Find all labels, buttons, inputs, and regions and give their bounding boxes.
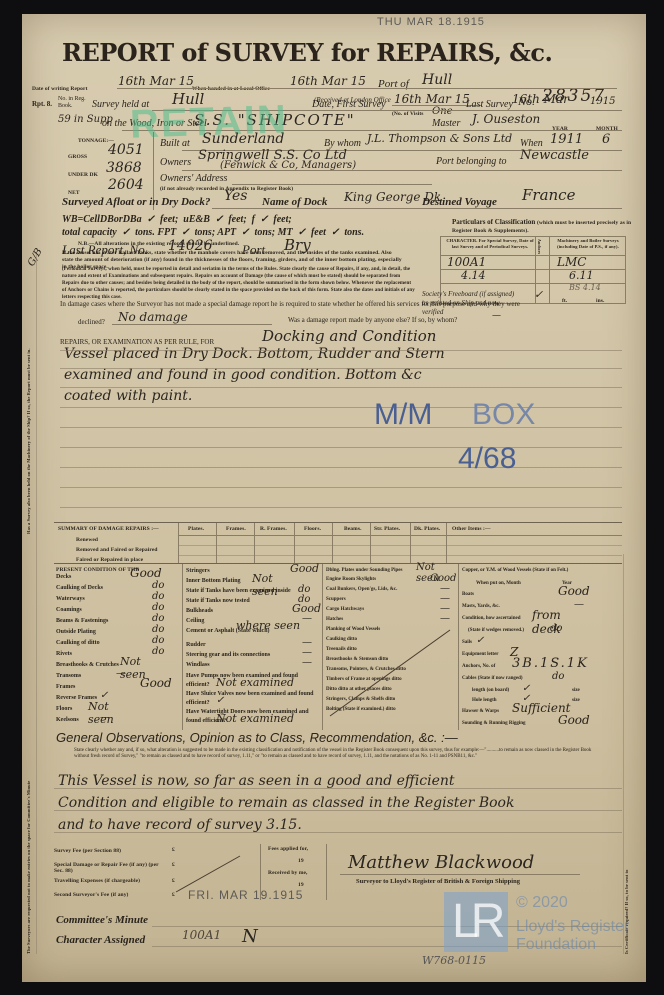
destined-voyage-value: France	[522, 186, 575, 204]
surveyor-signature: Matthew Blackwood	[348, 852, 534, 873]
built-at-value: Sunderland	[202, 131, 284, 147]
other-report-value: —	[492, 311, 501, 321]
dock-name-label: Name of Dock	[262, 196, 327, 208]
writing-date-label: Date of writing Report	[32, 86, 88, 92]
damage-summary-table: SUMMARY OF DAMAGE REPAIRS :— Renewed Rem…	[54, 522, 622, 564]
last-report-port-value: Bry	[284, 236, 311, 254]
gross-label: GROSS	[68, 154, 87, 160]
last-report-no: 14026	[168, 238, 213, 254]
lr-logo: LR	[444, 892, 508, 952]
summary-row: Faired or Repaired in place	[76, 557, 143, 563]
destined-voyage-label: Destined Voyage	[422, 196, 497, 208]
committee-minute-label: Committee's Minute	[56, 914, 148, 926]
left-margin-note-lower: The Surveyors are requested not to make …	[26, 754, 31, 954]
under-deck-label: UNDER DK	[68, 172, 98, 178]
reference-code: W768-0115	[422, 954, 486, 967]
built-at-label: Built at	[160, 138, 190, 149]
box-number-annotation: 4/68	[458, 442, 516, 476]
net-tonnage: 2604	[108, 177, 144, 193]
capacity-line: total capacity ✓ tons. FPT ✓ tons; APT ✓…	[62, 227, 364, 238]
master-label: Master	[432, 118, 460, 129]
declined-label: declined?	[78, 318, 105, 326]
repairs-description: Vessel placed in Dry Dock. Bottom, Rudde…	[64, 344, 624, 407]
reg-book-label: No. in Reg. Book.	[58, 96, 88, 110]
classification-heading: Particulars of Classification (which mus…	[452, 218, 632, 234]
present-condition-section: PRESENT CONDITION OF THE DecksGood Caulk…	[54, 564, 622, 730]
port-belonging-label: Port belonging to	[436, 156, 507, 167]
last-survey-label: Last Survey	[466, 99, 513, 110]
last-report-port-label: Port	[242, 242, 265, 258]
year-built: 1911	[550, 132, 583, 147]
watermark-org-2: Foundation	[516, 936, 596, 954]
wb-line: WB=CellDBorDBa ✓ feet; uE&B ✓ feet; f ✓ …	[62, 214, 292, 225]
class-machinery-3: BS 4.14	[569, 283, 601, 292]
watermark-org-1: Lloyd's Register	[516, 918, 629, 936]
character-assigned-value: 100A1	[182, 928, 221, 942]
damage-question: In damage cases where the Surveyor has n…	[60, 300, 630, 308]
observations-instructions: State clearly whether any and, if so, wh…	[74, 748, 598, 760]
port-of-value: Hull	[422, 72, 452, 88]
last-survey-value: 16th Mar	[512, 92, 569, 106]
class-character-2: 4.14	[461, 269, 486, 282]
last-survey-year: 1915	[590, 96, 615, 107]
character-assigned-label: Character Assigned	[56, 934, 145, 946]
handed-date-value: 16th Mar 15	[290, 74, 366, 88]
other-report-label: Was a damage report made by anyone else?…	[288, 316, 457, 324]
mm-annotation: M/M	[374, 398, 432, 432]
first-survey-label: Date, First Survey	[312, 99, 386, 110]
page-title: REPORT of SURVEY for REPAIRS, &c.	[62, 38, 552, 67]
visits-value: One	[432, 106, 453, 117]
by-whom-value: J.L. Thompson & Sons Ltd	[367, 132, 512, 145]
form-code: Rpt. 8.	[32, 100, 52, 108]
visits-label: (No. of Visits	[392, 111, 424, 117]
owners-label: Owners	[160, 157, 191, 168]
surveyed-dock-label: Surveyed Afloat or in Dry Dock?	[62, 196, 210, 208]
received-stamp: THU MAR 18.1915	[377, 16, 485, 28]
repairs-for-value: Docking and Condition	[262, 327, 436, 345]
writing-date-value: 16th Mar 15	[118, 74, 194, 88]
class-machinery-2: 6.11	[569, 269, 594, 282]
surveyed-dock-value: Yes	[224, 188, 248, 204]
owners-address-label: Owners' Address	[160, 173, 227, 184]
surveyor-caption: Surveyor to Lloyd's Register of British …	[356, 878, 520, 885]
box-annotation: BOX	[472, 398, 535, 432]
report-instructions: (Periodical Surveys, when held, must be …	[62, 266, 416, 301]
fees-date-stamp: FRI. MAR 19.1915	[188, 888, 303, 902]
master-value: J. Ouseston	[472, 112, 540, 126]
under-deck-tonnage: 3868	[106, 160, 142, 176]
watermark-copyright: © 2020	[516, 894, 568, 912]
survey-report-document: Rpt. 8. (Received at London Office THU M…	[22, 14, 646, 982]
summary-row: Renewed	[76, 537, 98, 543]
gross-tonnage: 4051	[108, 142, 144, 158]
month-built: 6	[602, 132, 610, 147]
summary-row: Removed and Faired or Repaired	[76, 547, 158, 553]
observations-heading: General Observations, Opinion as to Clas…	[56, 730, 458, 745]
class-machinery-1: LMC	[557, 255, 586, 269]
left-margin-note: Has a Survey also been held on the Machi…	[26, 314, 31, 534]
strike-through-line	[326, 628, 456, 718]
declined-value: No damage	[118, 310, 188, 324]
last-report-label: Last Report, No.	[62, 242, 148, 258]
port-belonging-value: Newcastle	[520, 148, 589, 163]
first-survey-value: 16th Mar 15	[394, 92, 470, 106]
observations-text: This Vessel is now, so far as seen in a …	[58, 770, 618, 836]
committee-initials: N	[242, 926, 258, 947]
class-character-1: 100A1	[447, 255, 486, 269]
